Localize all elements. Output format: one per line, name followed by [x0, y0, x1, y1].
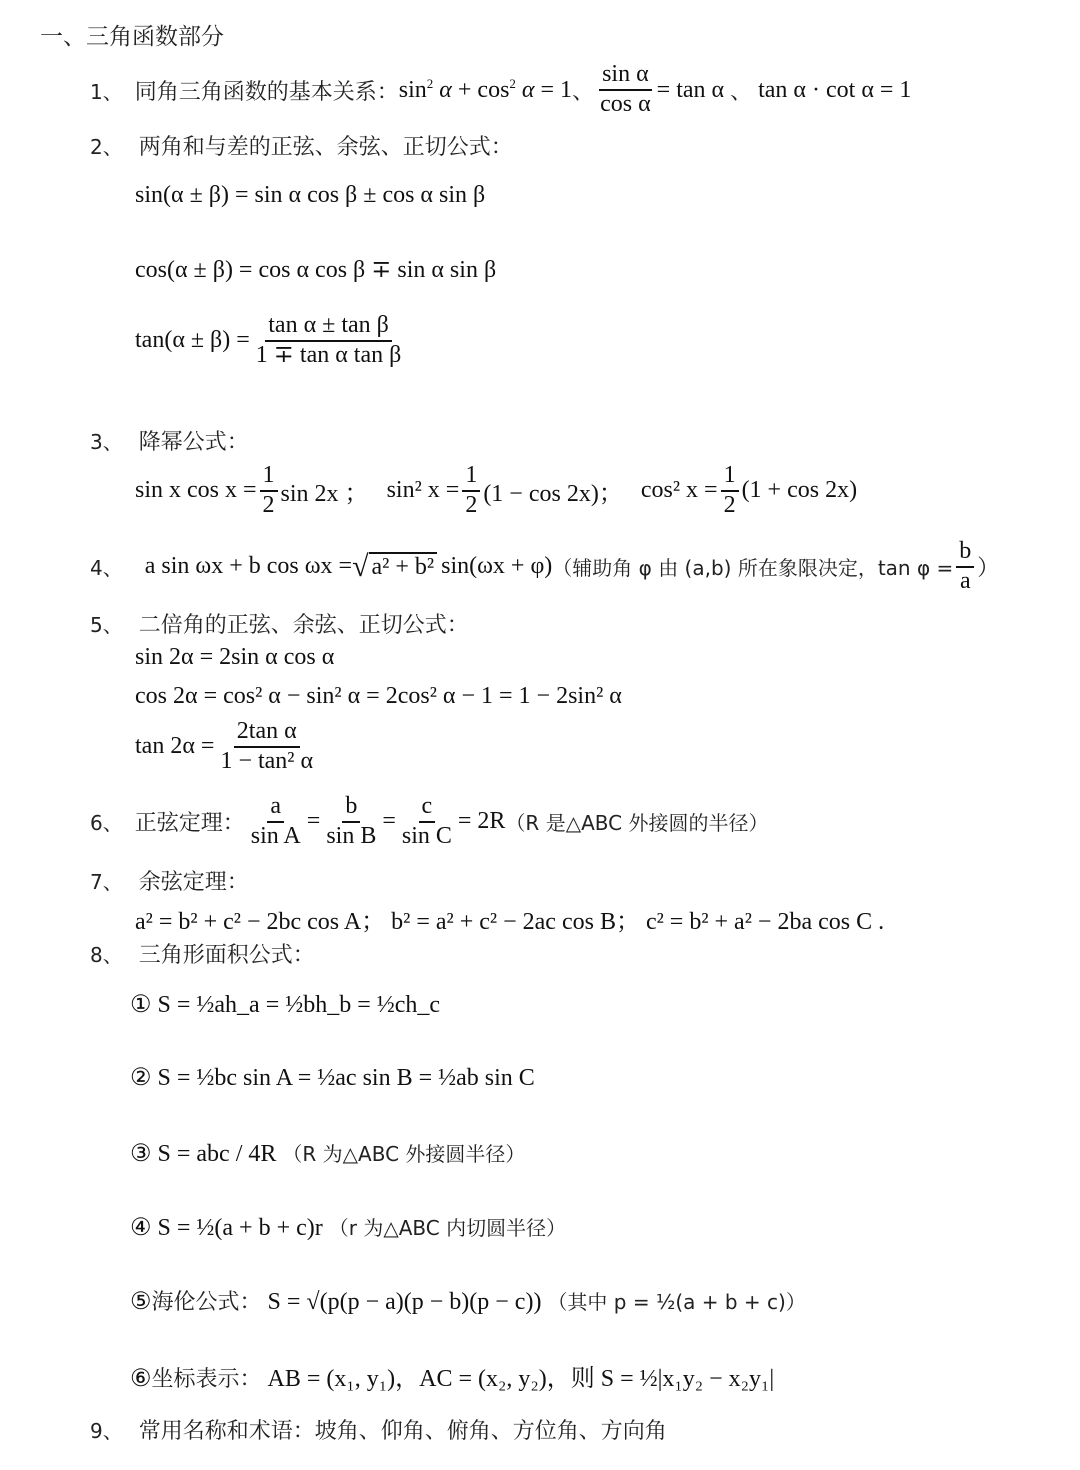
item-label: 降幂公式：: [139, 430, 249, 455]
item-label: 二倍角的正弦、余弦、正切公式：: [139, 613, 469, 638]
item-6: 6、 正弦定理： asin A = bsin B = csin C = 2R （…: [90, 793, 768, 850]
formula-tan-cot: tan α · cot α = 1: [758, 77, 911, 104]
formula-auxiliary-angle: a sin ωx + b cos ωx =: [145, 553, 352, 580]
area-formula-2: ② S = ½bc sin A = ½ac sin B = ½ab sin C: [130, 1063, 535, 1092]
item-8-heading: 8、 三角形面积公式：: [90, 938, 315, 969]
area-formula-heron: ⑤海伦公式： S = √(p(p − a)(p − b)(p − c)) （其中…: [130, 1285, 806, 1316]
note: （辅助角 φ 由 (a,b) 所在象限决定，tan φ =: [552, 552, 953, 581]
item-2-heading: 2、 两角和与差的正弦、余弦、正切公式：: [90, 130, 513, 161]
formula-pythagorean: sin2 α + cos2 α = 1: [399, 76, 572, 104]
item-label: 三角形面积公式：: [139, 943, 315, 968]
formula-sin-sum: sin(α ± β) = sin α cos β ± cos α sin β: [135, 182, 485, 209]
formula-power-reduction: sin x cos x = 12 sin 2x ； sin² x = 12 (1…: [135, 462, 857, 519]
formula-cos-double: cos 2α = cos² α − sin² α = 2cos² α − 1 =…: [135, 683, 622, 710]
item-label: 同角三角函数的基本关系：: [135, 75, 399, 106]
formula-sin-double: sin 2α = 2sin α cos α: [135, 644, 334, 671]
item-number: 1、: [90, 76, 123, 105]
item-label: 余弦定理：: [139, 870, 249, 895]
item-3-heading: 3、 降幂公式：: [90, 425, 249, 456]
area-formula-coordinates: ⑥坐标表示： AB = (x₁, y₁)，AC = (x₂, y₂)，则 S =…: [130, 1358, 774, 1393]
area-formula-1: ① S = ½ah_a = ½bh_b = ½ch_c: [130, 990, 440, 1019]
item-label: 两角和与差的正弦、余弦、正切公式：: [139, 135, 513, 160]
item-9: 9、 常用名称和术语：坡角、仰角、俯角、方位角、方向角: [90, 1414, 667, 1445]
item-label: 正弦定理：: [135, 806, 245, 837]
sqrt-icon: √: [352, 550, 368, 584]
note: （R 是△ABC 外接圆的半径）: [505, 807, 768, 836]
formula-tan-double: tan 2α = 2tan α1 − tan² α: [135, 718, 319, 775]
item-5-heading: 5、 二倍角的正弦、余弦、正切公式：: [90, 608, 469, 639]
item-4: 4、 a sin ωx + b cos ωx = √ a² + b² sin(ω…: [90, 538, 999, 595]
formula-cos-sum: cos(α ± β) = cos α cos β ∓ sin α sin β: [135, 255, 496, 284]
item-7-heading: 7、 余弦定理：: [90, 865, 249, 896]
formula-tan-sum: tan(α ± β) = tan α ± tan β 1 ∓ tan α tan…: [135, 312, 407, 369]
section-title: 一、三角函数部分: [40, 18, 224, 51]
area-formula-4: ④ S = ½(a + b + c)r （r 为△ABC 内切圆半径）: [130, 1212, 566, 1242]
formula-law-of-cosines: a² = b² + c² − 2bc cos A； b² = a² + c² −…: [135, 901, 884, 936]
item-1: 1、 同角三角函数的基本关系： sin2 α + cos2 α = 1 、 si…: [90, 60, 911, 120]
fraction-sin-over-cos: sin α cos α: [597, 61, 654, 118]
item-label: 常用名称和术语：坡角、仰角、俯角、方位角、方向角: [139, 1419, 667, 1444]
area-formula-3: ③ S = abc / 4R （R 为△ABC 外接圆半径）: [130, 1138, 525, 1168]
